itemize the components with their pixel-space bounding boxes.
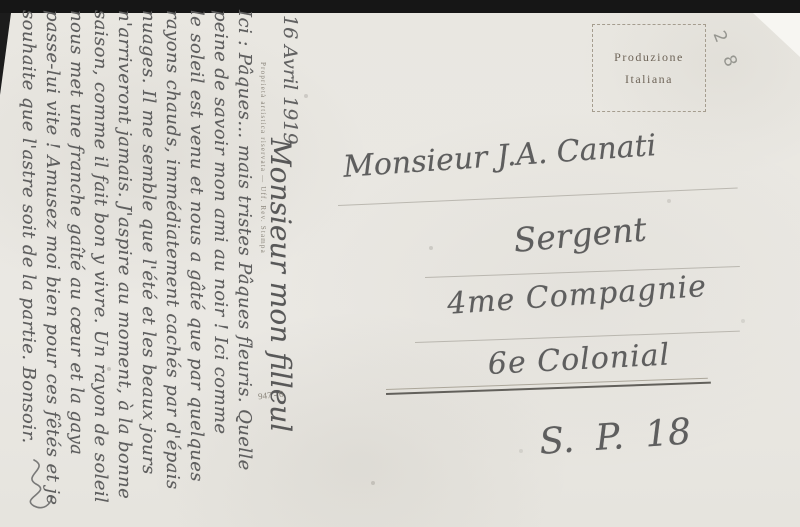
message-line: saison, comme il fait bon y vivre. Un ra… bbox=[88, 10, 112, 524]
address-regiment: 6e Colonial bbox=[487, 337, 671, 382]
message-text: Ici : Pâques… mais tristes Pâques fleuri… bbox=[8, 10, 256, 524]
message-line: nuages. Il me semble que l'été et les be… bbox=[136, 10, 160, 524]
guide-line bbox=[415, 331, 740, 343]
address-recipient-name: Monsieur J.A. Canati bbox=[342, 128, 657, 185]
message-line: passe-lui vite ! Amusez moi bien pour ce… bbox=[40, 10, 64, 524]
message-line: nous met une franche gaîté au cœur et la… bbox=[64, 10, 88, 524]
message-line: Ici : Pâques… mais tristes Pâques fleuri… bbox=[232, 10, 256, 524]
stamp-box-label-line1: Produzione bbox=[614, 50, 684, 65]
pencil-mark: 2 8 bbox=[708, 28, 742, 74]
stamp-box: Produzione Italiana bbox=[592, 24, 706, 112]
adjacent-card-corner bbox=[753, 13, 800, 57]
signature-flourish bbox=[14, 458, 56, 516]
message-line: souhaite que l'astre soit de la partie. … bbox=[16, 10, 40, 524]
guide-line bbox=[338, 188, 738, 206]
address-postal-sector: S. P. 18 bbox=[538, 411, 692, 462]
publisher-imprint: Proprietà artistica riservata — Uff. Rev… bbox=[259, 62, 267, 254]
postcard-scan: Ici : Pâques… mais tristes Pâques fleuri… bbox=[0, 0, 800, 527]
message-line: rayons chauds, immédiatement cachés par … bbox=[160, 10, 184, 524]
message-line: le soleil est venu et nous a gâté que pa… bbox=[184, 10, 208, 524]
address-company: 4me Compagnie bbox=[446, 269, 708, 322]
message-line: peine de savoir mon ami au noir ! Ici co… bbox=[208, 10, 232, 524]
paper-speckles bbox=[0, 0, 2, 2]
message-date: 16 Avril 1919 bbox=[277, 15, 303, 145]
address-rank: Sergent bbox=[512, 209, 648, 259]
message-line: n'arriveront jamais. J'aspire au moment,… bbox=[112, 10, 136, 524]
stamp-box-label-line2: Italiana bbox=[625, 72, 673, 87]
